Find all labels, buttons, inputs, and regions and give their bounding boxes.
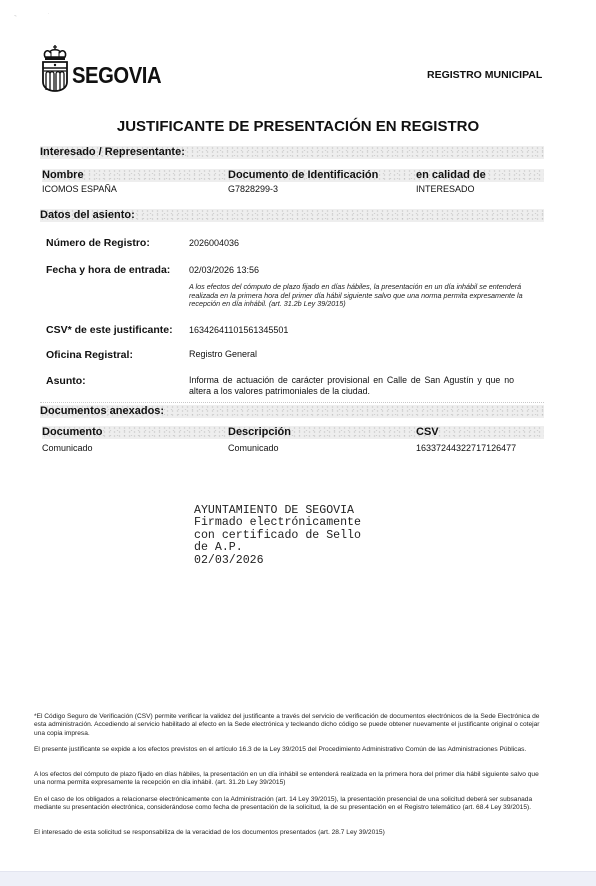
footer-note-responsabilidad: El interesado de esta solicitud se respo… <box>34 829 549 837</box>
divider <box>40 402 544 403</box>
interesado-table-header: Nombre Documento de Identificación en ca… <box>42 169 544 182</box>
document-title: JUSTIFICANTE DE PRESENTACIÓN EN REGISTRO <box>0 118 596 135</box>
numero-registro-value: 2026004036 <box>189 238 239 249</box>
footer-note-obligados: En el caso de los obligados a relacionar… <box>34 796 549 813</box>
footer-note-articulo-16: El presente justificante se expide a los… <box>34 746 549 754</box>
anexo-descripcion: Comunicado <box>228 443 279 454</box>
segovia-coat-of-arms-icon <box>41 44 69 92</box>
numero-registro-label: Número de Registro: <box>46 237 150 249</box>
anexo-csv: 16337244322717126477 <box>416 443 516 454</box>
section-interesado: Interesado / Representante: <box>40 146 544 159</box>
electronic-signature-stamp: AYUNTAMIENTO DE SEGOVIAFirmado electróni… <box>194 505 361 567</box>
registro-municipal-label: REGISTRO MUNICIPAL <box>427 69 542 81</box>
stamp-line: de A.P. <box>194 542 361 554</box>
csv-justificante-value: 16342641101561345501 <box>189 325 288 336</box>
oficina-registral-value: Registro General <box>189 349 257 360</box>
interesado-calidad: INTERESADO <box>416 184 475 195</box>
section-datos-asiento: Datos del asiento: <box>40 209 544 222</box>
column-documento: Documento <box>42 426 103 439</box>
asunto-value: Informa de actuación de carácter provisi… <box>189 375 514 396</box>
anexo-documento: Comunicado <box>42 443 93 454</box>
stamp-date: 02/03/2026 <box>194 555 361 567</box>
section-datos-asiento-label: Datos del asiento: <box>40 209 137 222</box>
scan-speck: ¬ <box>14 13 16 18</box>
footer-note-computo-plazo: A los efectos del cómputo de plazo fijad… <box>34 771 549 788</box>
column-nombre: Nombre <box>42 169 84 182</box>
stamp-line: Firmado electrónicamente <box>194 517 361 529</box>
scan-speck: ´ <box>48 12 49 17</box>
oficina-registral-label: Oficina Registral: <box>46 349 133 361</box>
column-documento-identificacion: Documento de Identificación <box>228 169 378 182</box>
column-csv: CSV <box>416 426 439 439</box>
viewer-bottom-bar <box>0 871 596 886</box>
column-descripcion: Descripción <box>228 426 291 439</box>
fecha-entrada-label: Fecha y hora de entrada: <box>46 264 170 276</box>
segovia-logo: SEGOVIA <box>41 44 161 94</box>
footer-note-csv: *El Código Seguro de Verificación (CSV) … <box>34 713 549 738</box>
anexos-table-header: Documento Descripción CSV <box>42 426 544 439</box>
interesado-documento: G7828299-3 <box>228 184 278 195</box>
logo-text: SEGOVIA <box>72 62 161 89</box>
column-en-calidad-de: en calidad de <box>416 169 486 182</box>
section-interesado-label: Interesado / Representante: <box>40 146 187 159</box>
section-documentos-anexados: Documentos anexados: <box>40 405 544 418</box>
fecha-entrada-value: 02/03/2026 13:56 <box>189 265 259 276</box>
fecha-entrada-note: A los efectos del cómputo de plazo fijad… <box>189 283 529 309</box>
interesado-nombre: ICOMOS ESPAÑA <box>42 184 117 195</box>
section-documentos-anexados-label: Documentos anexados: <box>40 405 166 418</box>
asunto-label: Asunto: <box>46 375 86 387</box>
csv-justificante-label: CSV* de este justificante: <box>46 324 173 336</box>
